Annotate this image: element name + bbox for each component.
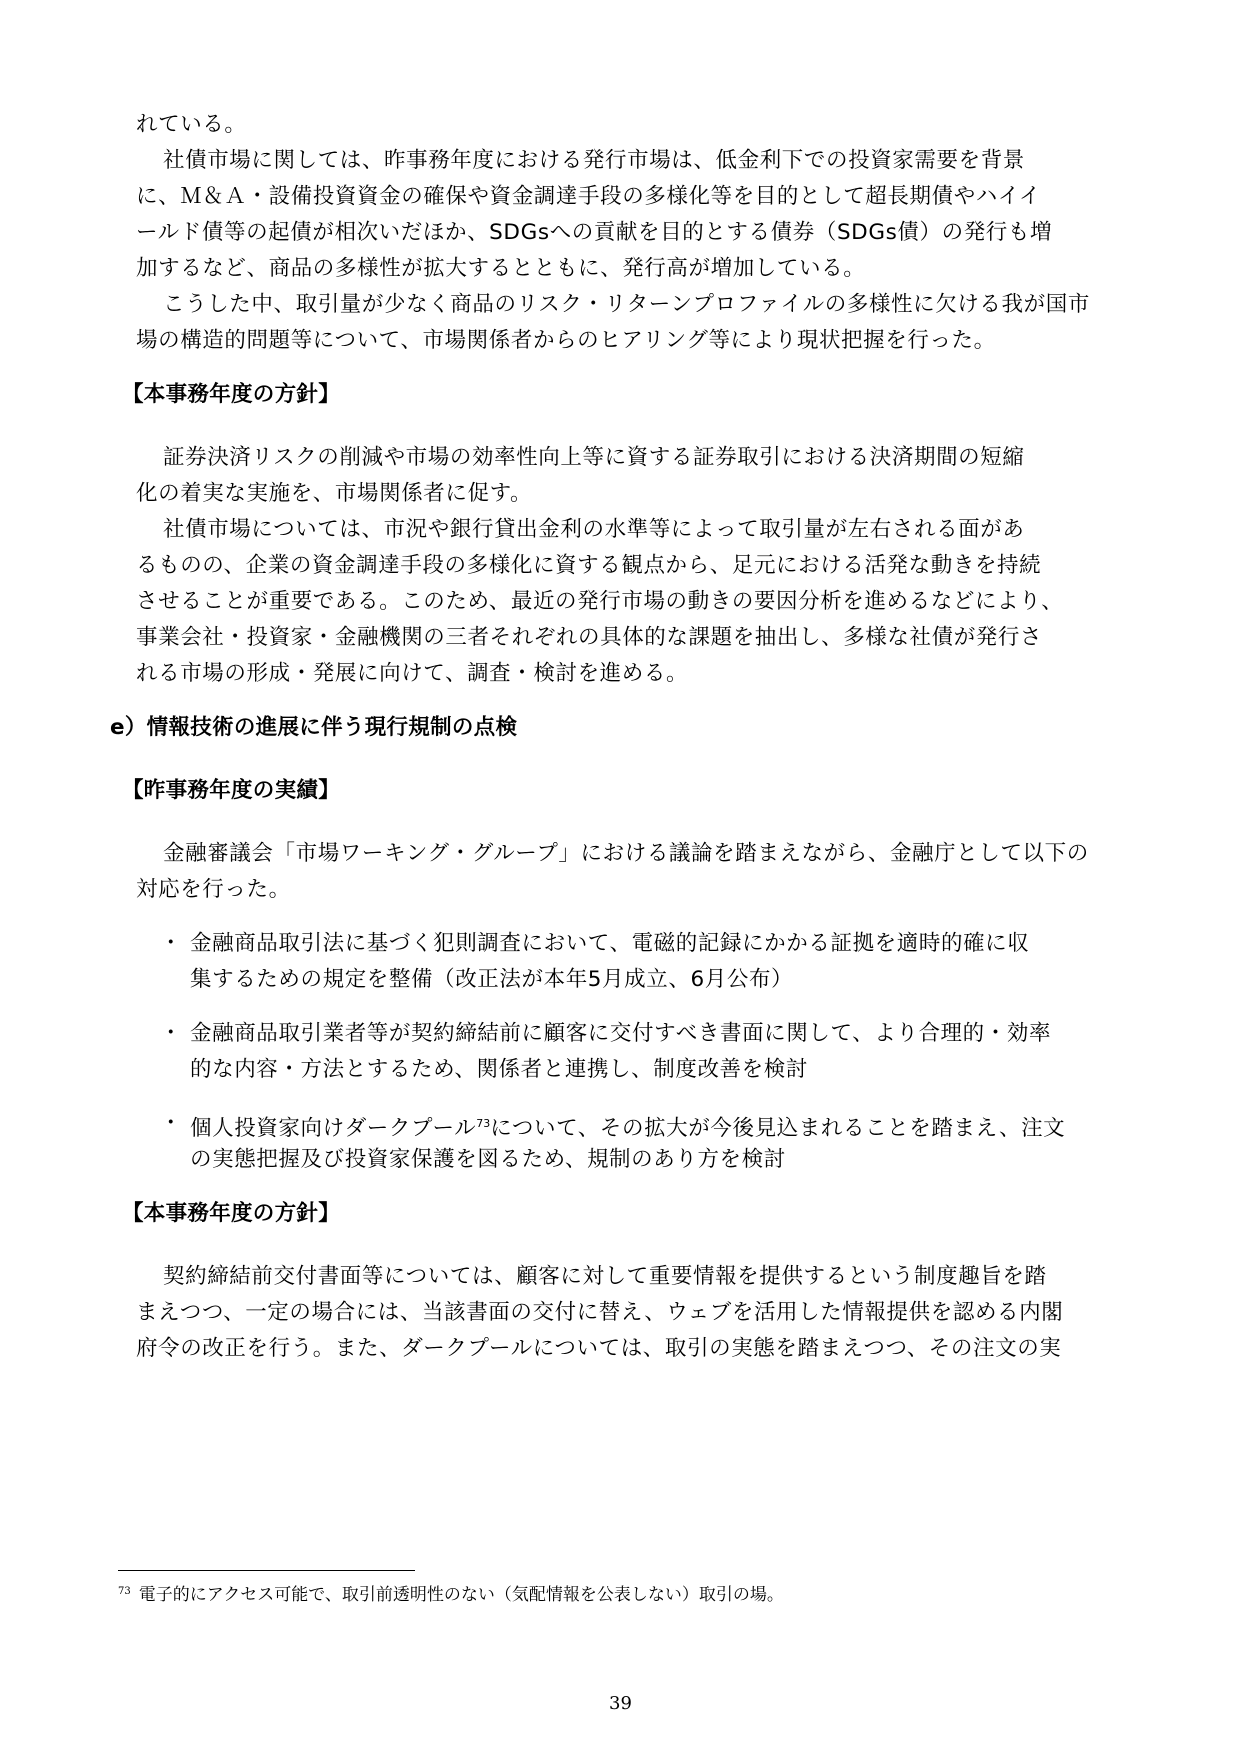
paragraph-line: 加するなど、商品の多様性が拡大するとともに、発行高が増加している。 bbox=[136, 254, 865, 284]
paragraph-line: ールド債等の起債が相次いだほか、SDGsへの貢献を目的とする債券（SDGs債）の… bbox=[136, 218, 1052, 248]
list-item-line: 金融商品取引業者等が契約締結前に顧客に交付すべき書面に関して、より合理的・効率 bbox=[190, 1019, 1051, 1049]
paragraph-line: 社債市場に関しては、昨事務年度における発行市場は、低金利下での投資家需要を背景 bbox=[136, 146, 1025, 176]
paragraph-line: 社債市場については、市況や銀行貸出金利の水準等によって取引量が左右される面があ bbox=[136, 515, 1024, 545]
paragraph-line: るものの、企業の資金調達手段の多様化に資する観点から、足元における活発な動きを持… bbox=[136, 551, 1041, 581]
bullet-marker: ・ bbox=[160, 1109, 182, 1139]
paragraph-line: こうした中、取引量が少なく商品のリスク・リターンプロファイルの多様性に欠ける我が… bbox=[136, 290, 1090, 320]
paragraph-line: 府令の改正を行う。また、ダークプールについては、取引の実態を踏まえつつ、その注文… bbox=[136, 1334, 1061, 1364]
list-item-line: 集するための規定を整備（改正法が本年5月成立、6月公布） bbox=[190, 965, 793, 995]
list-item-line: 的な内容・方法とするため、関係者と連携し、制度改善を検討 bbox=[190, 1055, 808, 1085]
footnote: 73電子的にアクセス可能で、取引前透明性のない（気配情報を公表しない）取引の場。 bbox=[118, 1580, 784, 1607]
document-page: れている。 社債市場に関しては、昨事務年度における発行市場は、低金利下での投資家… bbox=[0, 0, 1241, 1754]
footnote-number: 73 bbox=[118, 1586, 131, 1597]
list-item-text: 個人投資家向けダークプール bbox=[190, 1116, 476, 1141]
paragraph-line: れる市場の形成・発展に向けて、調査・検討を進める。 bbox=[136, 659, 688, 689]
footnote-reference[interactable]: 73 bbox=[476, 1117, 490, 1130]
list-item-text: について、その拡大が今後見込まれることを踏まえ、注文 bbox=[490, 1116, 1065, 1141]
page-number: 39 bbox=[0, 1693, 1241, 1714]
bullet-marker: ・ bbox=[160, 929, 182, 959]
bullet-marker: ・ bbox=[160, 1019, 182, 1049]
section-heading-results: 【昨事務年度の実績】 bbox=[122, 776, 340, 806]
paragraph-line: 証券決済リスクの削減や市場の効率性向上等に資する証券取引における決済期間の短縮 bbox=[136, 443, 1024, 473]
list-item-line: の実態把握及び投資家保護を図るため、規制のあり方を検討 bbox=[190, 1145, 786, 1175]
paragraph-line: に、Ｍ＆Ａ・設備投資資金の確保や資金調達手段の多様化等を目的として超長期債やハイ… bbox=[136, 182, 1041, 212]
paragraph-continuation: れている。 bbox=[136, 110, 247, 140]
footnote-divider bbox=[118, 1570, 415, 1571]
paragraph-line: 契約締結前交付書面等については、顧客に対して重要情報を提供するという制度趣旨を踏 bbox=[136, 1262, 1047, 1292]
paragraph-line: 対応を行った。 bbox=[136, 875, 291, 905]
section-heading-policy: 【本事務年度の方針】 bbox=[122, 380, 340, 410]
paragraph-line: させることが重要である。このため、最近の発行市場の動きの要因分析を進めるなどによ… bbox=[136, 587, 1063, 617]
footnote-text: 電子的にアクセス可能で、取引前透明性のない（気配情報を公表しない）取引の場。 bbox=[139, 1585, 784, 1605]
paragraph-line: 事業会社・投資家・金融機関の三者それぞれの具体的な課題を抽出し、多様な社債が発行… bbox=[136, 623, 1042, 653]
paragraph-line: 化の着実な実施を、市場関係者に促す。 bbox=[136, 479, 532, 509]
section-heading-policy-e: 【本事務年度の方針】 bbox=[122, 1199, 340, 1229]
list-item-line: 個人投資家向けダークプール73について、その拡大が今後見込まれることを踏まえ、注… bbox=[190, 1109, 1065, 1144]
section-title-e: e）情報技術の進展に伴う現行規制の点検 bbox=[110, 713, 517, 743]
paragraph-line: まえつつ、一定の場合には、当該書面の交付に替え、ウェブを活用した情報提供を認める… bbox=[136, 1298, 1063, 1328]
list-item-line: 金融商品取引法に基づく犯則調査において、電磁的記録にかかる証拠を適時的確に収 bbox=[190, 929, 1029, 959]
paragraph-line: 場の構造的問題等について、市場関係者からのヒアリング等により現状把握を行った。 bbox=[136, 326, 996, 356]
paragraph-line: 金融審議会「市場ワーキング・グループ」における議論を踏まえながら、金融庁として以… bbox=[136, 839, 1089, 869]
